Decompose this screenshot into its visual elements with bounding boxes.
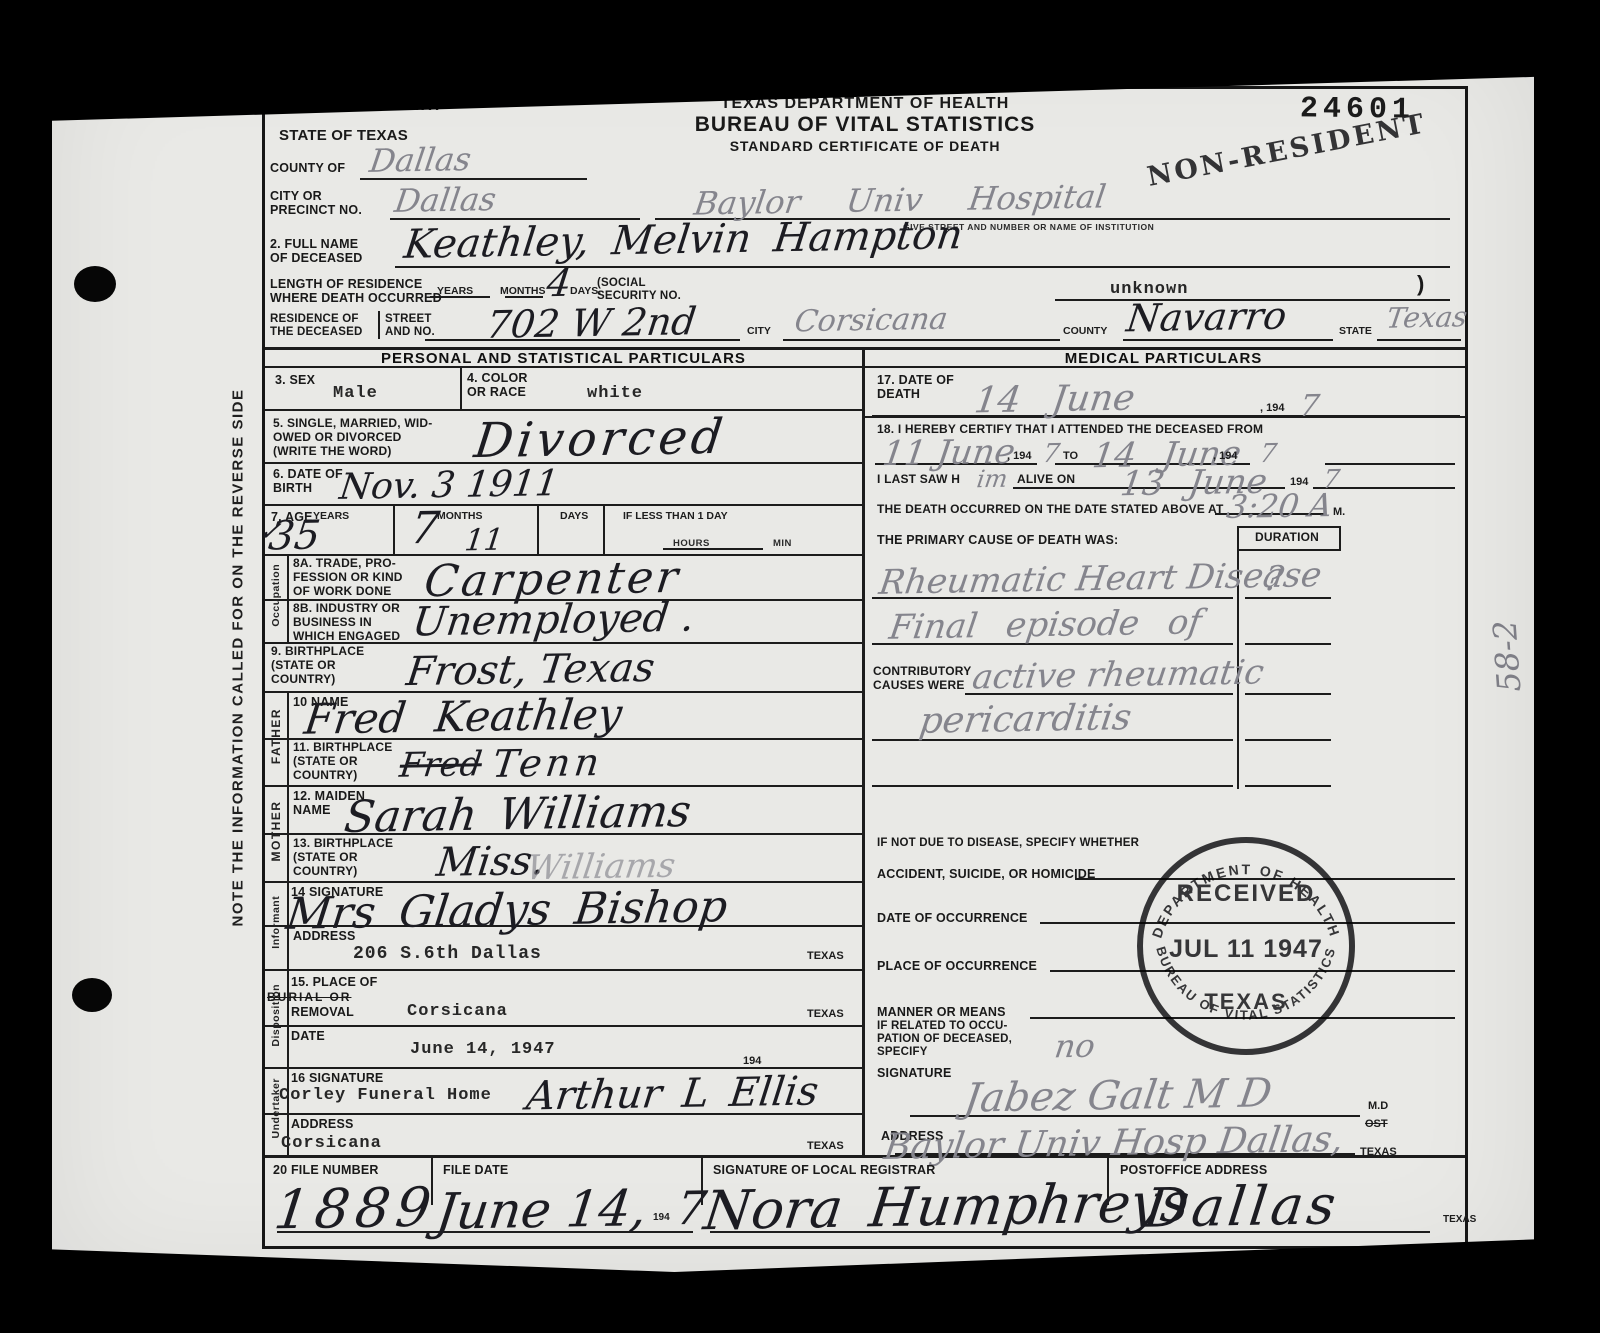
lastsaw-hand: im xyxy=(975,465,1009,494)
county-value: Dallas xyxy=(367,140,473,180)
undertaker-sig-label: 16 SIGNATURE xyxy=(291,1071,383,1085)
informant-addr-value: 206 S.6th Dallas xyxy=(353,945,542,963)
place15-texas: TEXAS xyxy=(807,1009,844,1020)
rule xyxy=(872,785,1233,787)
rule xyxy=(1377,339,1461,341)
file-date-194: 194 xyxy=(653,1213,670,1223)
registrar-value: Nora Humphreys xyxy=(701,1171,1193,1242)
fullname-label: 2. FULL NAMEOF DECEASED xyxy=(270,237,363,266)
primary-cause-label: THE PRIMARY CAUSE OF DEATH WAS: xyxy=(877,533,1118,547)
rule xyxy=(393,504,395,554)
place15-label: 15. PLACE OF xyxy=(291,975,377,989)
nonresident-stamp: NON-RESIDENT xyxy=(1145,110,1429,191)
place-of-death-label: 1. PLACE OF DEATH xyxy=(279,97,439,115)
rule xyxy=(537,504,539,554)
md-label: M.D xyxy=(1368,1101,1388,1112)
residence-days-value: 4 xyxy=(544,261,574,305)
undertaker-side-label: Undertaker xyxy=(271,1062,282,1154)
rule xyxy=(265,409,862,411)
to-label: TO xyxy=(1063,451,1078,462)
date15-year: 194 xyxy=(743,1056,761,1067)
length-residence-label: LENGTH OF RESIDENCEWHERE DEATH OCCURRED xyxy=(270,277,442,306)
rule xyxy=(1245,693,1331,695)
certificate-paper: NOTE THE INFORMATION CALLED FOR ON THE R… xyxy=(52,28,1534,1282)
birthplace-value: Frost, Texas xyxy=(404,645,657,695)
age-months-label: MONTHS xyxy=(437,510,483,522)
time-value: 3:20 A xyxy=(1224,486,1335,526)
mother-bp-label: 13. BIRTHPLACE(STATE ORCOUNTRY) xyxy=(293,837,393,878)
margin-note: NOTE THE INFORMATION CALLED FOR ON THE R… xyxy=(231,308,246,1008)
physician-addr-texas: TEXAS xyxy=(1360,1147,1397,1158)
personal-band: PERSONAL AND STATISTICAL PARTICULARS xyxy=(265,351,862,366)
dod-value: 14 June xyxy=(972,378,1138,422)
date15-label: DATE xyxy=(291,1029,325,1043)
subtitle: STANDARD CERTIFICATE OF DEATH xyxy=(585,138,1145,154)
industry-value: Unemployed . xyxy=(410,595,697,646)
dept-title: TEXAS DEPARTMENT OF HEALTH xyxy=(585,95,1145,113)
dob-label: 6. DATE OFBIRTH xyxy=(273,467,343,496)
maiden-value: Sarah Williams xyxy=(341,786,693,843)
rule xyxy=(862,416,1465,418)
marital-value: Divorced xyxy=(471,409,729,469)
received-stamp: DEPARTMENT OF HEALTH RECEIVED JUL 11 194… xyxy=(1131,831,1361,1061)
res-county-label: COUNTY xyxy=(1063,325,1107,337)
ost-label: OST xyxy=(1365,1119,1388,1130)
lastsaw-label-2: ALIVE ON xyxy=(1017,473,1075,487)
medical-band: MEDICAL PARTICULARS xyxy=(862,351,1465,366)
undertaker-addr-value: Corsicana xyxy=(281,1135,382,1152)
rule xyxy=(460,366,462,409)
undertaker-addr-texas: TEXAS xyxy=(807,1141,844,1152)
rule xyxy=(1245,597,1331,599)
physician-sig-value: Jabez Galt M D xyxy=(961,1070,1274,1121)
res-city-label: CITY xyxy=(747,325,771,337)
industry-label: 8B. INDUSTRY ORBUSINESS INWHICH ENGAGED xyxy=(293,602,400,643)
disposition-side-label: Disposition xyxy=(271,969,282,1061)
lastsaw-label-1: I LAST SAW H xyxy=(877,473,960,487)
file-date-label: FILE DATE xyxy=(443,1163,508,1177)
county-label: COUNTY OF xyxy=(270,161,345,175)
punch-hole-top xyxy=(74,266,116,302)
father-bp-label: 11. BIRTHPLACE(STATE ORCOUNTRY) xyxy=(293,741,393,782)
rule xyxy=(1325,463,1455,465)
side-code: 58-2 xyxy=(1485,570,1529,742)
res-state-label: STATE xyxy=(1339,325,1372,337)
dod-194: , 194 xyxy=(1260,403,1284,414)
fullname-value: Keathley, Melvin Hampton xyxy=(402,212,966,268)
color-label: 4. COLOROR RACE xyxy=(467,371,528,400)
father-side-label: FATHER xyxy=(270,690,282,782)
street-label: STREETAND NO. xyxy=(385,313,435,339)
birthplace-label: 9. BIRTHPLACE(STATE ORCOUNTRY) xyxy=(271,645,364,686)
physician-sig-label: SIGNATURE xyxy=(877,1066,952,1080)
father-name-value: Fred Keathley xyxy=(302,689,625,744)
color-value: white xyxy=(587,385,643,402)
rule xyxy=(1245,739,1331,741)
father-bp-struck: Fred xyxy=(397,744,484,785)
date15-value: June 14, 1947 xyxy=(410,1041,556,1058)
sex-label: 3. SEX xyxy=(275,373,315,387)
form-title: TEXAS DEPARTMENT OF HEALTH BUREAU OF VIT… xyxy=(585,95,1145,154)
m-label: M. xyxy=(1333,507,1345,518)
from-194: , 194 xyxy=(1007,451,1031,462)
po-address-value: Dallas xyxy=(1141,1173,1343,1239)
residence-of-label: RESIDENCE OFTHE DECEASED xyxy=(270,313,363,339)
accident-label: ACCIDENT, SUICIDE, OR HOMICIDE xyxy=(877,867,1096,881)
rule xyxy=(265,969,862,971)
stamp-date: JUL 11 1947 xyxy=(1169,935,1323,963)
informant-side-label: Informant xyxy=(271,876,282,968)
dod-year: 7 xyxy=(1298,389,1322,424)
rule xyxy=(603,504,605,554)
manner-label: MANNER OR MEANS xyxy=(877,1005,1006,1019)
marital-label: 5. SINGLE, MARRIED, WID-OWED OR DIVORCED… xyxy=(273,417,432,458)
trade-label: 8A. TRADE, PRO-FESSION OR KINDOF WORK DO… xyxy=(293,557,403,598)
rule xyxy=(287,554,289,642)
place15-removal-label: REMOVAL xyxy=(291,1005,354,1019)
age-months-value: 7 xyxy=(408,503,442,554)
place15-value: Corsicana xyxy=(407,1003,508,1020)
bureau-title: BUREAU OF VITAL STATISTICS xyxy=(585,113,1145,137)
res-city-value: Corsicana xyxy=(792,302,950,340)
city-value: Dallas xyxy=(392,180,498,220)
res-county-value: Navarro xyxy=(1124,294,1289,341)
physician-addr-value: Baylor Univ Hosp Dallas, xyxy=(882,1119,1347,1168)
placeocc-label: PLACE OF OCCURRENCE xyxy=(877,959,1037,973)
related-label: IF RELATED TO OCCU-PATION OF DECEASED,SP… xyxy=(877,1020,1012,1060)
dateocc-label: DATE OF OCCURRENCE xyxy=(877,911,1028,925)
related-value: no xyxy=(1052,1027,1097,1066)
age-days-label: DAYS xyxy=(560,510,588,522)
occurred-label: THE DEATH OCCURRED ON THE DATE STATED AB… xyxy=(877,503,1224,517)
min-label: MIN xyxy=(773,539,792,549)
cause1-value: Rheumatic Heart Disease xyxy=(877,555,1325,603)
years-label: YEARS xyxy=(437,285,473,297)
informant-addr-texas: TEXAS xyxy=(807,951,844,962)
rule xyxy=(287,691,289,881)
file-number-value: 1889 xyxy=(271,1176,441,1242)
street-value: 702 W 2nd xyxy=(484,299,699,347)
duration-label: DURATION xyxy=(1237,531,1337,545)
less-than-day-label: IF LESS THAN 1 DAY xyxy=(623,510,728,522)
contributory-value-2: pericarditis xyxy=(917,697,1134,742)
dob-value: Nov. 3 1911 xyxy=(337,463,561,508)
to-194: , 194 xyxy=(1213,451,1237,462)
hours-label: HOURS xyxy=(673,539,710,549)
rule xyxy=(265,785,862,787)
ssn-paren: ) xyxy=(1417,271,1425,296)
rule xyxy=(862,347,865,1155)
rule xyxy=(378,311,380,339)
undertaker-sig-value: Corley Funeral Home xyxy=(279,1087,492,1104)
rule xyxy=(783,339,1060,341)
res-state-value: Texas xyxy=(1385,300,1470,334)
punch-hole-bottom xyxy=(72,978,112,1012)
informant-addr-label: ADDRESS xyxy=(293,929,356,943)
months-label: MONTHS xyxy=(500,285,546,297)
contributory-value-1: active rheumatic xyxy=(970,652,1267,697)
sex-value: Male xyxy=(333,385,378,402)
age-days-value: 11 xyxy=(463,523,506,559)
mother-side-label: MOTHER xyxy=(270,785,282,877)
contributory-label: CONTRIBUTORYCAUSES WERE xyxy=(873,665,971,693)
place15-struck: BURIAL OR xyxy=(267,991,351,1005)
rule xyxy=(1245,643,1331,645)
city-precinct-label: CITY ORPRECINCT NO. xyxy=(270,189,362,218)
father-bp-value: Tenn xyxy=(490,740,606,786)
file-number-label: 20 FILE NUMBER xyxy=(273,1163,379,1177)
rule xyxy=(1245,785,1331,787)
dod-label: 17. DATE OFDEATH xyxy=(877,373,954,402)
notdisease-label: IF NOT DUE TO DISEASE, SPECIFY WHETHER xyxy=(877,837,1139,850)
bottom-texas: TEXAS xyxy=(1443,1215,1476,1225)
undertaker-addr-label: ADDRESS xyxy=(291,1117,354,1131)
file-date-value: June 14, xyxy=(433,1179,650,1241)
cause2-value: Final episode of xyxy=(887,602,1204,647)
undertaker-sig-script: Arthur L Ellis xyxy=(524,1068,821,1119)
occupation-side-label: Occupation xyxy=(271,549,282,641)
rule xyxy=(265,1025,862,1027)
stamp-received: RECEIVED xyxy=(1177,880,1316,907)
certificate-form: 1. PLACE OF DEATH STATE OF TEXAS COUNTY … xyxy=(262,86,1468,1249)
